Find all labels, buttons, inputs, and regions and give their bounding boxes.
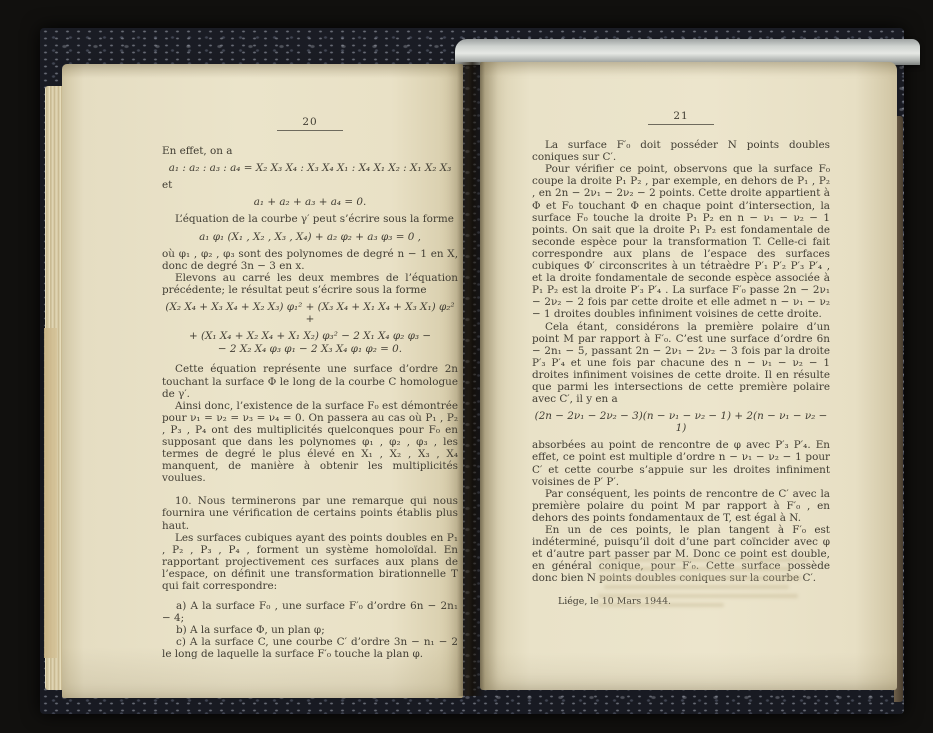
left-page: 20 En effet, on a a₁ : a₂ : a₃ : a₄ = X₂… <box>62 64 463 698</box>
formula: a₁ : a₂ : a₃ : a₄ = X₂ X₃ X₄ : X₃ X₄ X₁ … <box>162 162 458 174</box>
left-page-edge-tan <box>44 328 57 658</box>
paragraph-section-10: 10. Nous terminerons par une remarque qu… <box>162 495 458 531</box>
formula: a₁ + a₂ + a₃ + a₄ = 0. <box>162 196 458 208</box>
right-page: 21 La surface F′₀ doit posséder N points… <box>480 62 897 690</box>
paragraph: La surface F′₀ doit posséder N points do… <box>532 139 830 163</box>
ghost-line <box>598 603 724 607</box>
paragraph: Cette équation représente une surface d’… <box>162 363 458 399</box>
paragraph: En effet, on a <box>162 145 458 157</box>
list-item-a: a) A la surface F₀ , une surface F′₀ d’o… <box>162 600 458 624</box>
formula: + (X₁ X₄ + X₂ X₄ + X₁ X₂) φ₃² − 2 X₁ X₄ … <box>162 330 458 342</box>
page-number-rule-right <box>648 124 714 125</box>
ghost-line <box>598 576 802 580</box>
book-scan-photo: 20 En effet, on a a₁ : a₂ : a₃ : a₄ = X₂… <box>0 0 933 733</box>
right-page-text-column: 21 La surface F′₀ doit posséder N points… <box>532 110 830 609</box>
left-page-text-column: 20 En effet, on a a₁ : a₂ : a₃ : a₄ = X₂… <box>162 116 458 661</box>
formula: (2n − 2ν₁ − 2ν₂ − 3)(n − ν₁ − ν₂ − 1) + … <box>532 410 830 434</box>
book-cover-marbled: 20 En effet, on a a₁ : a₂ : a₃ : a₄ = X₂… <box>40 28 904 714</box>
paragraph: L’équation de la courbe γ′ peut s’écrire… <box>162 213 458 225</box>
formula: (X₂ X₄ + X₃ X₄ + X₂ X₃) φ₁² + (X₃ X₄ + X… <box>162 301 458 325</box>
ghost-line <box>598 594 798 598</box>
paragraph: absorbées au point de rencontre de φ ave… <box>532 439 830 487</box>
formula: a₁ φ₁ (X₁ , X₂ , X₃ , X₄) + a₂ φ₂ + a₃ φ… <box>162 231 458 243</box>
list-item-b: b) A la surface Φ, un plan φ; <box>162 624 458 636</box>
page-number-right: 21 <box>532 110 830 122</box>
page-number-rule-left <box>277 130 343 131</box>
ghost-text-show-through <box>598 558 808 612</box>
paragraph: où φ₁ , φ₂ , φ₃ sont des polynomes de de… <box>162 248 458 272</box>
paragraph: Cela étant, considérons la première pola… <box>532 321 830 406</box>
paragraph: et <box>162 179 458 191</box>
paragraph: Par conséquent, les points de rencontre … <box>532 488 830 524</box>
ghost-line <box>598 567 791 571</box>
list-item-c: c) A la surface C, une courbe C′ d’ordre… <box>162 636 458 660</box>
book-gutter-shadow <box>457 62 485 696</box>
ghost-line <box>598 558 808 562</box>
paragraph: Elevons au carré les deux membres de l’é… <box>162 272 458 296</box>
paragraph: Ainsi donc, l’existence de la surface F₀… <box>162 400 458 485</box>
paragraph: Les surfaces cubiques ayant des points d… <box>162 532 458 592</box>
page-number-left: 20 <box>162 116 458 128</box>
ghost-line <box>604 585 789 589</box>
paragraph: Pour vérifier ce point, observons que la… <box>532 163 830 320</box>
formula: − 2 X₂ X₄ φ₃ φ₁ − 2 X₃ X₄ φ₁ φ₂ = 0. <box>162 343 458 355</box>
